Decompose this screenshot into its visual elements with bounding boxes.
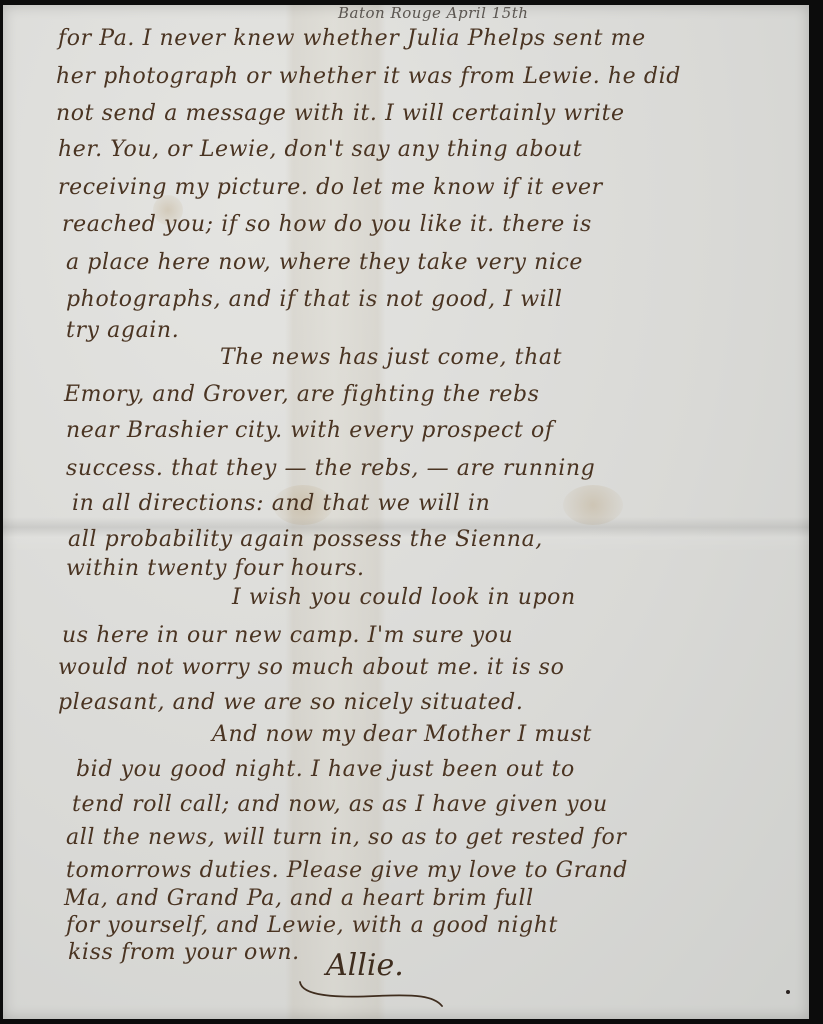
- letter-line: success. that they — the rebs, — are run…: [66, 456, 595, 481]
- letter-line: reached you; if so how do you like it. t…: [62, 212, 592, 237]
- letter-line: tomorrows duties. Please give my love to…: [66, 858, 628, 883]
- letter-line: And now my dear Mother I must: [212, 722, 592, 747]
- letter-line: a place here now, where they take very n…: [66, 250, 583, 275]
- letter-line: all probability again possess the Sienna…: [68, 527, 543, 552]
- letter-line: for Pa. I never knew whether Julia Phelp…: [58, 26, 646, 51]
- letter-line: Emory, and Grover, are fighting the rebs: [64, 382, 540, 407]
- letter-line: would not worry so much about me. it is …: [58, 655, 564, 680]
- letter-line: tend roll call; and now, as as I have gi…: [72, 792, 608, 817]
- paper-speck: [786, 990, 790, 994]
- letter-line: try again.: [66, 318, 179, 343]
- letter-line: for yourself, and Lewie, with a good nig…: [66, 913, 558, 938]
- letter-line: Ma, and Grand Pa, and a heart brim full: [64, 886, 534, 911]
- letter-line: in all directions: and that we will in: [72, 491, 490, 516]
- letter-line: near Brashier city. with every prospect …: [66, 418, 554, 443]
- letter-line: us here in our new camp. I'm sure you: [62, 623, 513, 648]
- letter-line: The news has just come, that: [220, 345, 562, 370]
- letter-line: kiss from your own.: [68, 940, 300, 965]
- letter-line: all the news, will turn in, so as to get…: [66, 825, 627, 850]
- letter-line: bid you good night. I have just been out…: [76, 757, 575, 782]
- letter-line: within twenty four hours.: [66, 556, 365, 581]
- letter-line: I wish you could look in upon: [232, 585, 576, 610]
- letter-line: her photograph or whether it was from Le…: [56, 64, 681, 89]
- letter-line: pleasant, and we are so nicely situated.: [58, 690, 523, 715]
- signature-flourish: [296, 978, 446, 1008]
- letter-line: photographs, and if that is not good, I …: [66, 287, 563, 312]
- letter-line: receiving my picture. do let me know if …: [58, 175, 603, 200]
- letter-line: her. You, or Lewie, don't say any thing …: [58, 137, 582, 162]
- letter-body: for Pa. I never knew whether Julia Phelp…: [0, 0, 823, 1024]
- letter-line: not send a message with it. I will certa…: [56, 101, 625, 126]
